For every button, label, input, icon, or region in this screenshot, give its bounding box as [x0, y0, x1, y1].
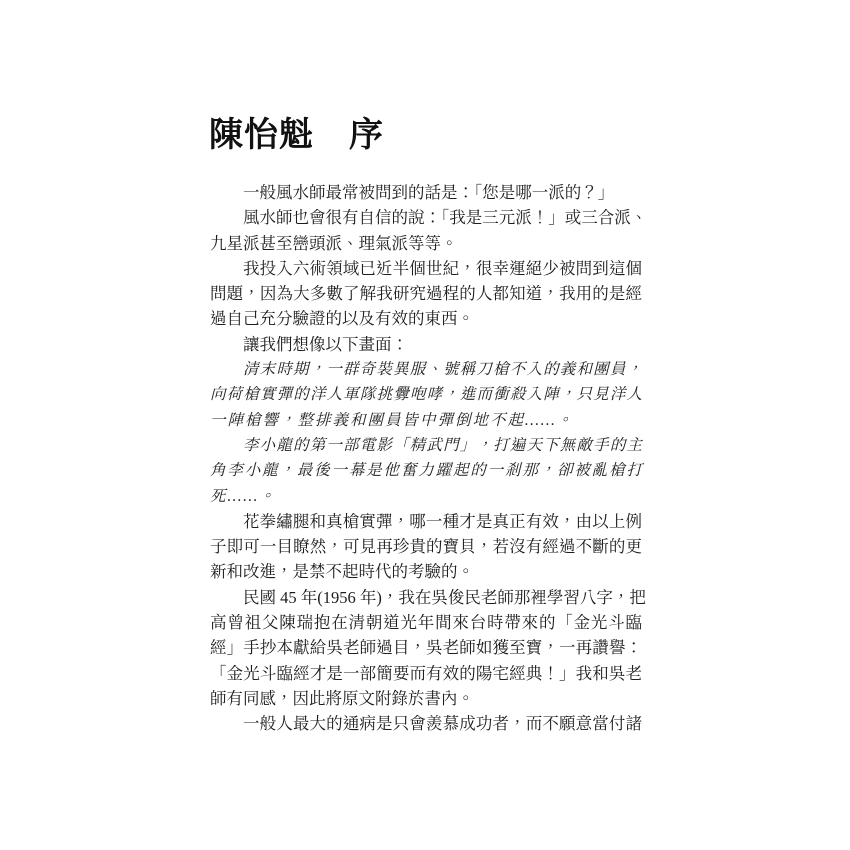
text-line: 高曾祖父陳瑞抱在清朝道光年間來台時帶來的「金光斗臨 — [210, 610, 642, 635]
text-line: 過自己充分驗證的以及有效的東西。 — [210, 306, 642, 331]
book-preface-page: 陳怡魁 序 一般風水師最常被問到的話是：「您是哪一派的？」風水師也會很有自信的說… — [0, 0, 850, 850]
text-line: 角李小龍，最後一幕是他奮力躍起的一剎那，卻被亂槍打 — [210, 458, 642, 483]
text-line: 我投入六術領域已近半個世紀，很幸運絕少被問到這個 — [210, 256, 642, 281]
text-line: 一陣槍響，整排義和團員皆中彈倒地不起……。 — [210, 408, 642, 433]
preface-text-block: 一般風水師最常被問到的話是：「您是哪一派的？」風水師也會很有自信的說：「我是三元… — [210, 180, 642, 737]
page-title: 陳怡魁 序 — [209, 114, 384, 158]
text-line: 經」手抄本獻給吳老師過目，吳老師如獲至寶，一再讚譽： — [210, 635, 642, 660]
text-line: 讓我們想像以下畫面： — [210, 332, 642, 357]
text-line: 向荷槍實彈的洋人軍隊挑釁咆哮，進而衝殺入陣，只見洋人 — [210, 382, 642, 407]
text-line: 新和改進，是禁不起時代的考驗的。 — [210, 559, 642, 584]
text-line: 花拳繡腿和真槍實彈，哪一種才是真正有效，由以上例 — [210, 509, 642, 534]
text-line: 民國 45 年(1956 年)，我在吳俊民老師那裡學習八字，把 — [210, 585, 642, 610]
text-line: 子即可一目瞭然，可見再珍貴的寶貝，若沒有經過不斷的更 — [210, 534, 642, 559]
text-line: 清末時期，一群奇裝異服、號稱刀槍不入的義和團員， — [210, 357, 642, 382]
text-line: 九星派甚至巒頭派、理氣派等等。 — [210, 231, 642, 256]
text-line: 師有同感，因此將原文附錄於書內。 — [210, 686, 642, 711]
text-line: 風水師也會很有自信的說：「我是三元派！」或三合派、 — [210, 205, 642, 230]
text-line: 「金光斗臨經才是一部簡要而有效的陽宅經典！」我和吳老 — [210, 661, 642, 686]
text-line: 問題，因為大多數了解我研究過程的人都知道，我用的是經 — [210, 281, 642, 306]
text-line: 一般人最大的通病是只會羨慕成功者，而不願意當付諸 — [210, 711, 642, 736]
text-line: 一般風水師最常被問到的話是：「您是哪一派的？」 — [210, 180, 642, 205]
text-line: 李小龍的第一部電影「精武門」，打遍天下無敵手的主 — [210, 433, 642, 458]
text-line: 死……。 — [210, 484, 642, 509]
